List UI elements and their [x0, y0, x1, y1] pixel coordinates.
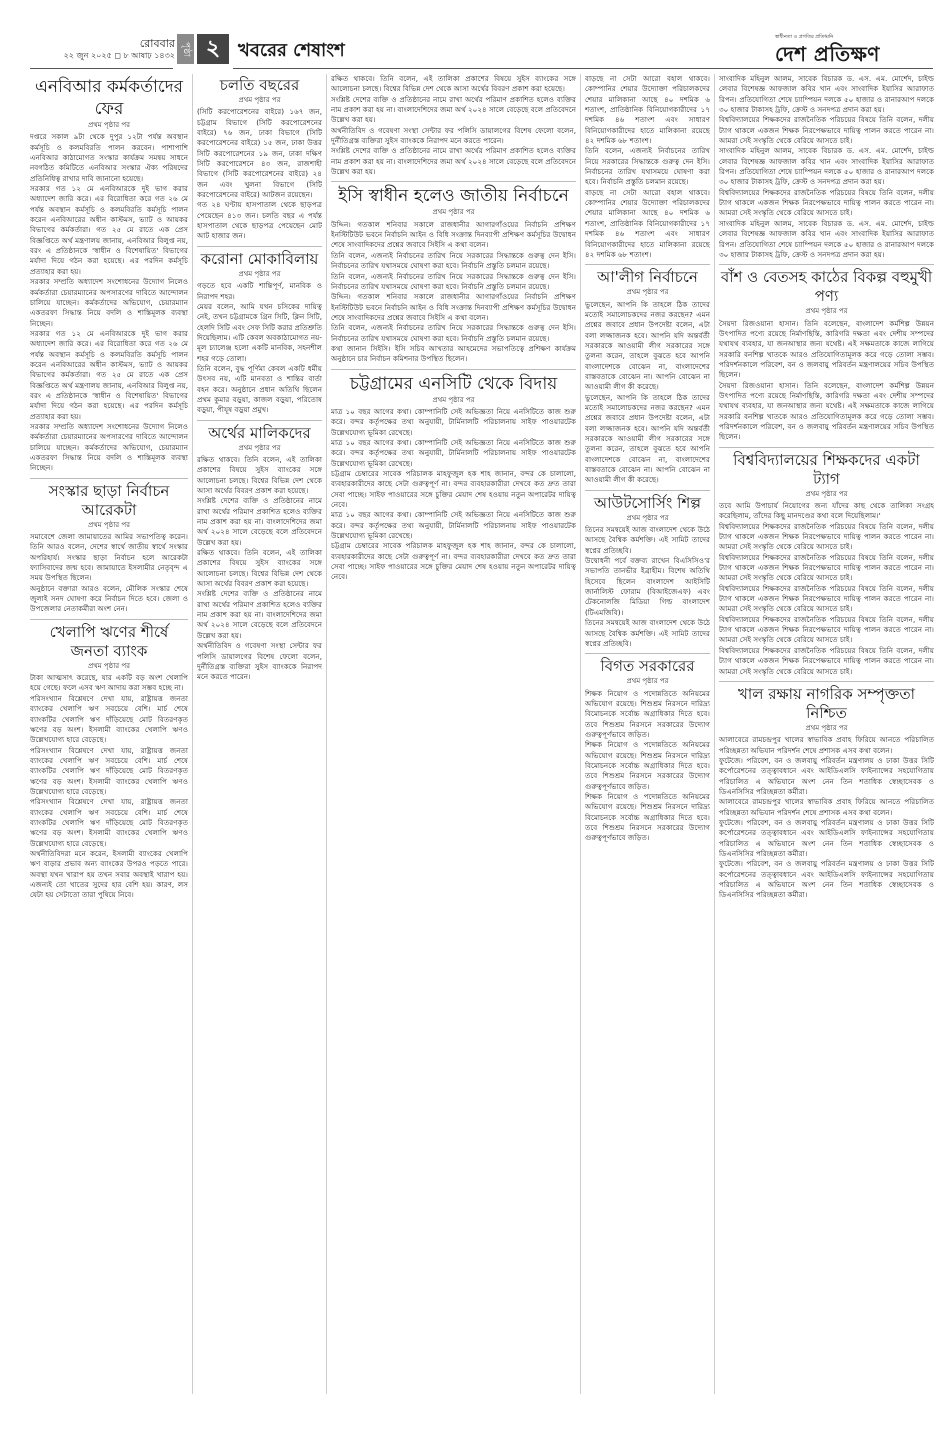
story-paragraph: রক্ষিত থাকবে। তিনি বলেন, এই তালিকা প্রকা…: [197, 455, 322, 496]
story-headline: চলতি বছরের: [197, 76, 322, 95]
story-divider: [719, 264, 934, 265]
story-paragraph: ফুটেজে। পরিবেশ, বন ও জলবায়ু পরিবর্তন মন…: [719, 818, 934, 859]
column-1: এনবিআর কর্মকর্তাদের ফের প্রথম পৃষ্ঠার পর…: [30, 74, 188, 1394]
story-divider: [719, 681, 934, 682]
column-rule: [580, 74, 581, 1394]
story-kicker: প্রথম পৃষ্ঠার পর: [585, 676, 710, 686]
story-paragraph: সরকার সম্প্রতি অধ্যাদেশ সংশোধনের উদ্যোগ …: [30, 277, 188, 329]
story-kicker: প্রথম পৃষ্ঠার পর: [585, 287, 710, 297]
story-kicker: প্রথম পৃষ্ঠার পর: [30, 120, 188, 130]
story-kicker: প্রথম পৃষ্ঠার পর: [197, 269, 322, 279]
story-paragraph: মাত্র ১০ বছর আগের কথা। কোম্পানিটি সেই অভ…: [331, 438, 576, 469]
story-kicker: প্রথম পৃষ্ঠার পর: [197, 95, 322, 105]
story-paragraph: সংশ্লিষ্ট দেশের ব্যক্তি ও প্রতিষ্ঠানের ন…: [331, 146, 576, 177]
story-headline: সংস্কার ছাড়া নির্বাচন আরেকটা: [30, 482, 188, 520]
story-paragraph: তিনি বলেন, বুদ্ধ পূর্ণিমা কেবল একটি ধর্ম…: [197, 364, 322, 416]
story-wealth-continued: রক্ষিত থাকবে। তিনি বলেন, এই তালিকা প্রকা…: [331, 74, 576, 177]
story-paragraph: আলাবেরে রামচন্দ্রপুর খালের স্বাভাবিক প্র…: [719, 735, 934, 756]
story-paragraph: বিশ্ববিদ্যালয়ের শিক্ষকদের রাজনৈতিক পরিচ…: [719, 584, 934, 615]
story-divider: [197, 420, 322, 421]
story-headline: করোনা মোকাবিলায়: [197, 250, 322, 269]
page-label: পৃষ্ঠা: [177, 34, 194, 64]
story-paragraph: বিশ্ববিদ্যালয়ের শিক্ষকদের রাজনৈতিক পরিচ…: [719, 115, 934, 146]
story-kicker: প্রথম পৃষ্ঠার পর: [719, 306, 934, 316]
story-paragraph: গত ২৪ ঘণ্টায় হাসপাতাল থেকে ছাড়পত্র পেয…: [197, 200, 322, 241]
story-canal: খাল রক্ষায় নাগরিক সম্পৃক্ততা নিশ্চিত প্…: [719, 685, 934, 901]
story-paragraph: সৈয়দা রিজওয়ানা হাসান। তিনি বলেছেন, বাং…: [719, 319, 934, 381]
story-paragraph: তিনি বলেন, এজন্যই নির্বাচনের তারিখ নিয়ে…: [331, 251, 576, 272]
story-paragraph: বিশ্ববিদ্যালয়ের শিক্ষকদের রাজনৈতিক পরিচ…: [719, 553, 934, 584]
story-paragraph: সংশ্লিষ্ট দেশের ব্যক্তি ও প্রতিষ্ঠানের ন…: [331, 95, 576, 126]
story-paragraph: সৈয়দা রিজওয়ানা হাসান। তিনি বলেছেন, বাং…: [719, 381, 934, 443]
story-wealth: অর্থের মালিকদের প্রথম পৃষ্ঠার পর রক্ষিত …: [197, 424, 322, 683]
story-paragraph: তিনের সমন্বয়েই আজ বাংলাদেশ থেকে উঠে আসছ…: [585, 618, 710, 649]
masthead-rule-left: [30, 68, 173, 69]
story-al: আ'লীগ নির্বাচনে প্রথম পৃষ্ঠার পর ভুলেছেন…: [585, 268, 710, 486]
story-headline: খেলাপি ঋণের শীর্ষে জনতা ব্যাংক: [30, 623, 188, 661]
story-reform: সংস্কার ছাড়া নির্বাচন আরেকটা প্রথম পৃষ্…: [30, 482, 188, 615]
story-paragraph: বিশ্ববিদ্যালয়ের শিক্ষকদের রাজনৈতিক পরিচ…: [719, 646, 934, 677]
story-divider: [331, 181, 576, 182]
story-university: বিশ্ববিদ্যালয়ের শিক্ষকদের একটা ট্যাগ প্…: [719, 451, 934, 677]
column-3: রক্ষিত থাকবে। তিনি বলেন, এই তালিকা প্রকা…: [331, 74, 576, 1394]
story-paragraph: সরকার গত ১২ মে এনবিআরকে দুই ভাগ করার অধ্…: [30, 329, 188, 422]
story-headline: বিগত সরকারের: [585, 657, 710, 676]
story-kicker: প্রথম পৃষ্ঠার পর: [719, 723, 934, 733]
story-ownership: বাড়ছে না সেটা আরো বহাল থাকবে। কোম্পানির…: [585, 74, 710, 260]
story-ctg: চট্টগ্রামের এনসিটি থেকে বিদায় প্রথম পৃষ…: [331, 373, 576, 583]
story-kicker: প্রথম পৃষ্ঠার পর: [30, 520, 188, 530]
story-headline: বিশ্ববিদ্যালয়ের শিক্ষকদের একটা ট্যাগ: [719, 451, 934, 489]
story-sports: সাংবাদিক মহিনুল আলম, সাবেক বিচারক ড. এস.…: [719, 74, 934, 260]
story-headline: আউটসোর্সিং শিল্প: [585, 494, 710, 513]
story-kicker: প্রথম পৃষ্ঠার পর: [585, 513, 710, 523]
story-paragraph: বিশ্ববিদ্যালয়ের শিক্ষকদের রাজনৈতিক পরিচ…: [719, 522, 934, 553]
story-paragraph: উদ্বোধনী পর্বে বক্তব্য রাখেন বিএসিসিও'র …: [585, 556, 710, 618]
story-divider: [30, 478, 188, 479]
story-paragraph: ফুটেজে। পরিবেশ, বন ও জলবায়ু পরিবর্তন মন…: [719, 756, 934, 797]
column-5: সাংবাদিক মহিনুল আলম, সাবেক বিচারক ড. এস.…: [719, 74, 934, 1394]
story-paragraph: শিক্ষক নিয়োগ ও পদোন্নতিতে অনিয়মের অভিয…: [585, 740, 710, 792]
story-paragraph: অর্থনীতিবিদ ও গবেষণা সংস্থা সেন্টার ফর প…: [197, 641, 322, 682]
story-paragraph: তিনি বলেন, এজন্যই নির্বাচনের তারিখ নিয়ে…: [331, 272, 576, 293]
story-paragraph: তিনের সমন্বয়েই আজ বাংলাদেশ থেকে উঠে আসছ…: [585, 525, 710, 556]
story-paragraph: সরকার সম্প্রতি অধ্যাদেশ সংশোধনের উদ্যোগ …: [30, 422, 188, 474]
story-headline: খাল রক্ষায় নাগরিক সম্পৃক্ততা নিশ্চিত: [719, 685, 934, 723]
story-paragraph: পরিসংখ্যান বিশ্লেষণে দেখা যায়, রাষ্ট্রা…: [30, 797, 188, 849]
story-paragraph: টাকা আত্মসাৎ করেছে, যার একটি বড় অংশ খেল…: [30, 673, 188, 694]
story-paragraph: পরিসংখ্যান বিশ্লেষণে দেখা যায়, রাষ্ট্রা…: [30, 746, 188, 798]
story-paragraph: উদ্দিন। গতকাল শনিবার সকালে রাজধানীর আগার…: [331, 220, 576, 251]
story-kicker: প্রথম পৃষ্ঠার পর: [331, 395, 576, 405]
story-headline: ইসি স্বাধীন হলেও জাতীয় নির্বাচনে: [331, 185, 576, 207]
story-divider: [197, 246, 322, 247]
story-paragraph: মাত্র ১০ বছর আগের কথা। কোম্পানিটি সেই অভ…: [331, 510, 576, 541]
story-kicker: প্রথম পৃষ্ঠার পর: [719, 489, 934, 499]
story-headline: বাঁশ ও বেতসহ কাঠের বিকল্প বহুমুখী পণ্য: [719, 268, 934, 306]
story-paragraph: তিনি বলেন, এজন্যই নির্বাচনের তারিখ নিয়ে…: [331, 323, 576, 344]
story-paragraph: বিশ্ববিদ্যালয়ের শিক্ষকদের রাজনৈতিক পরিচ…: [719, 615, 934, 646]
story-outsourcing: আউটসোর্সিং শিল্প প্রথম পৃষ্ঠার পর তিনের …: [585, 494, 710, 649]
story-divider: [719, 447, 934, 448]
story-paragraph: গড়তে হবে একটি শান্তিপূর্ণ, মানবিক ও নির…: [197, 281, 322, 302]
story-paragraph: শিক্ষক নিয়োগ ও পদোন্নতিতে অনিয়মের অভিয…: [585, 792, 710, 844]
story-paragraph: সাংবাদিক মহিনুল আলম, সাবেক বিচারক ড. এস.…: [719, 219, 934, 260]
story-paragraph: তিনি বলেন, এজন্যই নির্বাচনের তারিখ নিয়ে…: [585, 146, 710, 187]
story-headline: অর্থের মালিকদের: [197, 424, 322, 443]
story-paragraph: সমাবেশে জেলা জামায়াতের আমির সভাপতিত্ব ক…: [30, 532, 188, 584]
story-paragraph: কথা জানান সিইসি। ইসি সচিব আখতার আহমেদের …: [331, 344, 576, 365]
story-paragraph: বাড়ছে না সেটা আরো বহাল থাকবে। কোম্পানির…: [585, 188, 710, 260]
story-paragraph: চট্টগ্রাম চেম্বারের সাবেক পরিচালক মাহফুজ…: [331, 541, 576, 582]
story-ec: ইসি স্বাধীন হলেও জাতীয় নির্বাচনে প্রথম …: [331, 185, 576, 364]
masthead-date: ২২ জুন ২০২৫ ◻ ৮ আষাঢ় ১৪৩২: [60, 50, 175, 63]
story-year: চলতি বছরের প্রথম পৃষ্ঠার পর (সিটি করপোরে…: [197, 76, 322, 242]
story-paragraph: বিশ্ববিদ্যালয়ের শিক্ষকদের রাজনৈতিক পরিচ…: [719, 188, 934, 219]
page-number: ২: [197, 34, 229, 64]
story-nbr: এনবিআর কর্মকর্তাদের ফের প্রথম পৃষ্ঠার পর…: [30, 76, 188, 474]
story-divider: [30, 619, 188, 620]
column-2: চলতি বছরের প্রথম পৃষ্ঠার পর (সিটি করপোরে…: [197, 74, 322, 1394]
story-paragraph: ভুলেছেন, আপনি কি তাহলে ঠিক তাদের মতোই সম…: [585, 300, 710, 393]
masthead: রোববার ২২ জুন ২০২৫ ◻ ৮ আষাঢ় ১৪৩২ পৃষ্ঠা…: [0, 0, 945, 72]
story-paragraph: ভুলেছেন, আপনি কি তাহলে ঠিক তাদের মতোই সম…: [585, 393, 710, 486]
story-paragraph: পরিসংখ্যান বিশ্লেষণে দেখা যায়, রাষ্ট্রা…: [30, 694, 188, 746]
story-corona: করোনা মোকাবিলায় প্রথম পৃষ্ঠার পর গড়তে …: [197, 250, 322, 416]
story-paragraph: মেয়র বলেন, আমি যখন চসিকের দায়িত্ব নেই,…: [197, 302, 322, 364]
story-paragraph: বাড়ছে না সেটা আরো বহাল থাকবে। কোম্পানির…: [585, 74, 710, 146]
story-divider: [585, 264, 710, 265]
story-divider: [331, 369, 576, 370]
story-paragraph: রক্ষিত থাকবে। তিনি বলেন, এই তালিকা প্রকা…: [331, 74, 576, 95]
story-paragraph: উদ্দিন। গতকাল শনিবার সকালে রাজধানীর আগার…: [331, 292, 576, 323]
story-paragraph: আলাবেরে রামচন্দ্রপুর খালের স্বাভাবিক প্র…: [719, 797, 934, 818]
story-paragraph: মাত্র ১০ বছর আগের কথা। কোম্পানিটি সেই অভ…: [331, 407, 576, 438]
story-paragraph: অর্থনীতিবিদরা মনে করেন, ইসলামী ব্যাংকের …: [30, 849, 188, 901]
column-4: বাড়ছে না সেটা আরো বহাল থাকবে। কোম্পানির…: [585, 74, 710, 1394]
story-paragraph: সরকার গত ১২ মে এনবিআরকে দুই ভাগ করার অধ্…: [30, 184, 188, 277]
story-paragraph: শিক্ষক নিয়োগ ও পদোন্নতিতে অনিয়মের অভিয…: [585, 689, 710, 741]
story-divider: [585, 490, 710, 491]
story-kicker: প্রথম পৃষ্ঠার পর: [197, 443, 322, 453]
section-title: খবরের শেষাংশ: [238, 36, 345, 67]
column-rule: [326, 74, 327, 1394]
column-rule: [192, 74, 193, 1394]
story-paragraph: সংশ্লিষ্ট দেশের ব্যক্তি ও প্রতিষ্ঠানের ন…: [197, 589, 322, 641]
story-paragraph: সংশ্লিষ্ট দেশের ব্যক্তি ও প্রতিষ্ঠানের ন…: [197, 496, 322, 548]
story-paragraph: অনুষ্ঠানে বক্তারা আরও বলেন, মৌলিক সংস্কা…: [30, 584, 188, 615]
story-kicker: প্রথম পৃষ্ঠার পর: [331, 207, 576, 217]
story-paragraph: চট্টগ্রাম চেম্বারের সাবেক পরিচালক মাহফুজ…: [331, 469, 576, 510]
story-paragraph: অর্থনীতিবিদ ও গবেষণা সংস্থা সেন্টার ফর প…: [331, 126, 576, 147]
story-paragraph: ফুটেজে। পরিবেশ, বন ও জলবায়ু পরিবর্তন মন…: [719, 859, 934, 900]
story-paragraph: রক্ষিত থাকবে। তিনি বলেন, এই তালিকা প্রকা…: [197, 548, 322, 589]
story-paragraph: সাংবাদিক মহিনুল আলম, সাবেক বিচারক ড. এস.…: [719, 74, 934, 115]
story-divider: [585, 653, 710, 654]
story-headline: আ'লীগ নির্বাচনে: [585, 268, 710, 287]
story-bank: খেলাপি ঋণের শীর্ষে জনতা ব্যাংক প্রথম পৃষ…: [30, 623, 188, 901]
story-headline: এনবিআর কর্মকর্তাদের ফের: [30, 76, 188, 120]
story-bamboo: বাঁশ ও বেতসহ কাঠের বিকল্প বহুমুখী পণ্য প…: [719, 268, 934, 442]
story-paragraph: সাংবাদিক মহিনুল আলম, সাবেক বিচারক ড. এস.…: [719, 146, 934, 187]
story-previous: বিগত সরকারের প্রথম পৃষ্ঠার পর শিক্ষক নিয…: [585, 657, 710, 844]
story-kicker: প্রথম পৃষ্ঠার পর: [30, 661, 188, 671]
story-paragraph: দপ্তরে সকাল ৯টা থেকে দুপুর ১২টা পর্যন্ত …: [30, 132, 188, 184]
newspaper-logo: দেশ প্রতিক্ষণ: [775, 40, 880, 73]
story-paragraph: (সিটি করপোরেশনের বাইরে) ১৬৭ জন, চট্টগ্রা…: [197, 107, 322, 200]
column-rule: [714, 74, 715, 1394]
story-headline: চট্টগ্রামের এনসিটি থেকে বিদায়: [331, 373, 576, 395]
story-paragraph: তবে আমি উপাচার্য নিয়োগের জন্য যাঁদের কা…: [719, 501, 934, 522]
